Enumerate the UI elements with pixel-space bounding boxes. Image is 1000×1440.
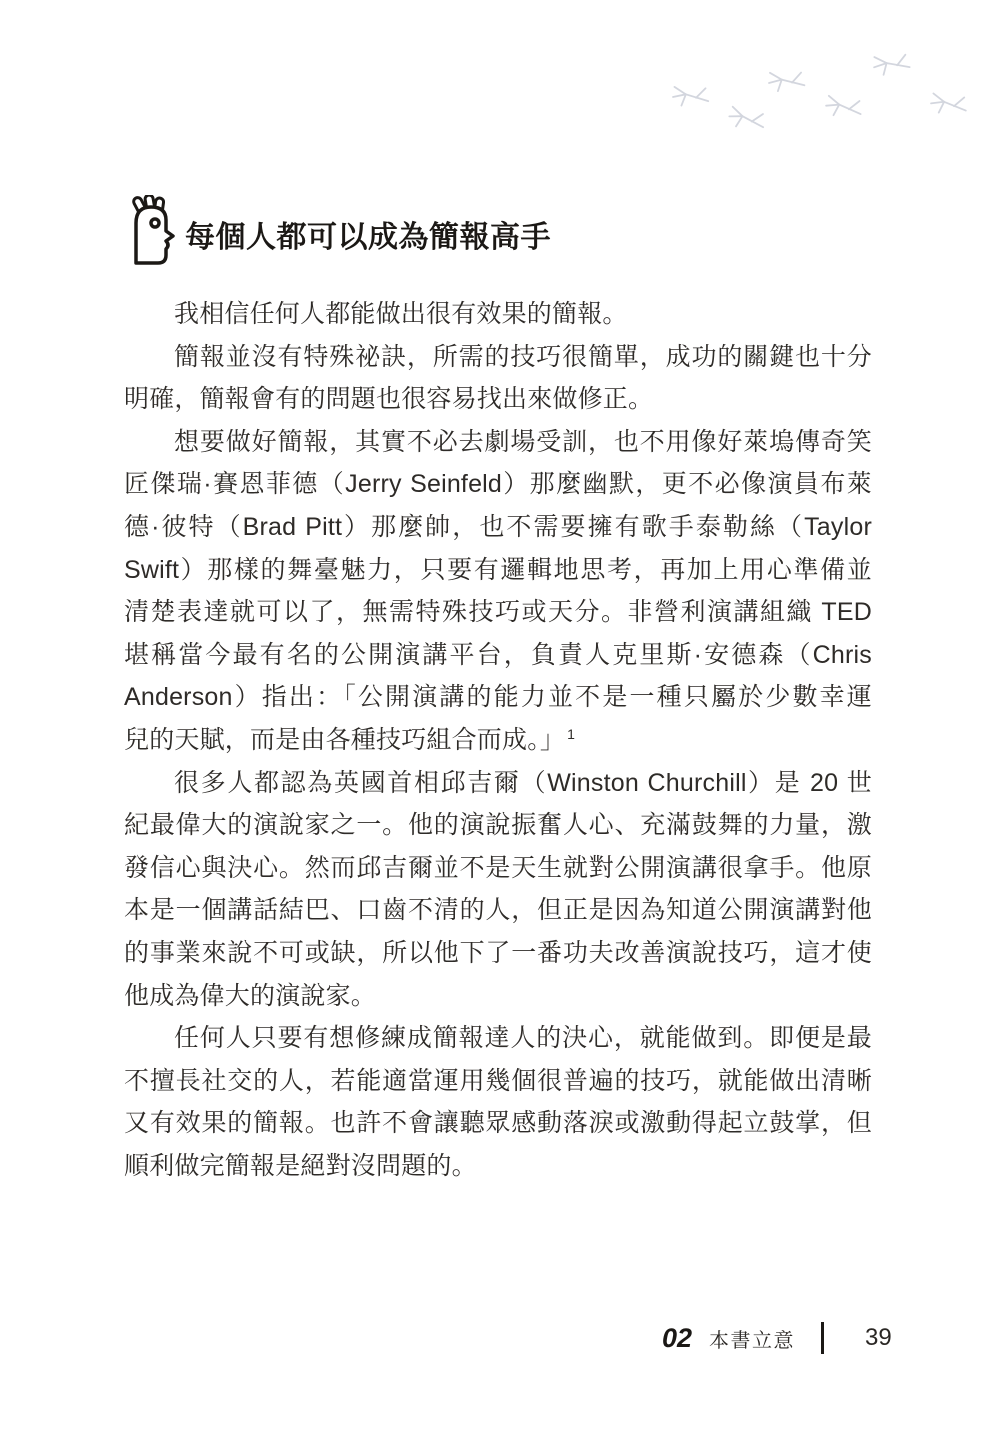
- body-line: 他成為偉大的演說家。: [124, 975, 872, 1018]
- body-line: 德·彼特（Brad Pitt）那麼帥，也不需要擁有歌手泰勒絲（Taylor: [124, 506, 872, 549]
- paragraph: 我相信任何人都能做出很有效果的簡報。: [124, 293, 872, 336]
- body-line: 紀最偉大的演說家之一。他的演說振奮人心、充滿鼓舞的力量，激: [124, 804, 872, 847]
- body-line: 匠傑瑞·賽恩菲德（Jerry Seinfeld）那麼幽默，更不必像演員布萊: [124, 463, 872, 506]
- body-line: 順利做完簡報是絕對沒問題的。: [124, 1145, 872, 1188]
- body-line: 堪稱當今最有名的公開演講平台，負責人克里斯·安德森（Chris: [124, 634, 872, 677]
- body-line: 簡報並沒有特殊祕訣，所需的技巧很簡單，成功的關鍵也十分: [124, 336, 872, 379]
- body-line: Swift）那樣的舞臺魅力，只要有邏輯地思考，再加上用心準備並: [124, 549, 872, 592]
- body-line: 我相信任何人都能做出很有效果的簡報。: [124, 293, 872, 336]
- bird-footprint-icon: [824, 91, 866, 126]
- section-title: 每個人都可以成為簡報高手: [185, 212, 551, 256]
- footnote-marker: 1: [567, 726, 575, 742]
- section-heading: 每個人都可以成為簡報高手: [124, 195, 551, 265]
- body-line: 的事業來說不可或缺，所以他下了一番功夫改善演說技巧，這才使: [124, 932, 872, 975]
- footer-divider: [821, 1322, 824, 1354]
- body-line: 兒的天賦，而是由各種技巧組合而成。」1: [124, 719, 872, 762]
- body-line: 發信心與決心。然而邱吉爾並不是天生就對公開演講很拿手。他原: [124, 847, 872, 890]
- bird-footprint-icon: [929, 88, 970, 121]
- body-line: 清楚表達就可以了，無需特殊技巧或天分。非營利演講組織 TED: [124, 591, 872, 634]
- chapter-title: 本書立意: [709, 1324, 795, 1353]
- bird-footprint-icon: [766, 64, 809, 100]
- body-line: 本是一個講話結巴、口齒不清的人，但正是因為知道公開演講對他: [124, 889, 872, 932]
- page-footer: 02 本書立意 39: [662, 1320, 892, 1356]
- paragraph: 很多人都認為英國首相邱吉爾（Winston Churchill）是 20 世紀最…: [124, 762, 872, 1018]
- body-line: 想要做好簡報，其實不必去劇場受訓，也不用像好萊塢傳奇笑: [124, 421, 872, 464]
- chapter-number: 02: [662, 1323, 692, 1354]
- bird-footprint-icon: [726, 101, 770, 138]
- paragraph: 想要做好簡報，其實不必去劇場受訓，也不用像好萊塢傳奇笑匠傑瑞·賽恩菲德（Jerr…: [124, 421, 872, 762]
- body-line: 不擅長社交的人，若能適當運用幾個很普遍的技巧，就能做出清晰: [124, 1060, 872, 1103]
- body-line: Anderson）指出：「公開演講的能力並不是一種只屬於少數幸運: [124, 676, 872, 719]
- body-line: 很多人都認為英國首相邱吉爾（Winston Churchill）是 20 世: [124, 762, 872, 805]
- bird-footprint-icon: [671, 80, 713, 114]
- body-line: 明確，簡報會有的問題也很容易找出來做修正。: [124, 378, 872, 421]
- bird-footprint-icon: [871, 46, 916, 84]
- body-line: 又有效果的簡報。也許不會讓聽眾感動落淚或激動得起立鼓掌，但: [124, 1102, 872, 1145]
- body-line: 任何人只要有想修練成簡報達人的決心，就能做到。即便是最: [124, 1017, 872, 1060]
- body-text: 我相信任何人都能做出很有效果的簡報。簡報並沒有特殊祕訣，所需的技巧很簡單，成功的…: [124, 293, 872, 1187]
- paragraph: 任何人只要有想修練成簡報達人的決心，就能做到。即便是最不擅長社交的人，若能適當運…: [124, 1017, 872, 1187]
- chicken-head-icon: [124, 195, 178, 265]
- paragraph: 簡報並沒有特殊祕訣，所需的技巧很簡單，成功的關鍵也十分明確，簡報會有的問題也很容…: [124, 336, 872, 421]
- page-number: 39: [865, 1324, 892, 1352]
- book-page: 每個人都可以成為簡報高手 我相信任何人都能做出很有效果的簡報。簡報並沒有特殊祕訣…: [0, 0, 1000, 1440]
